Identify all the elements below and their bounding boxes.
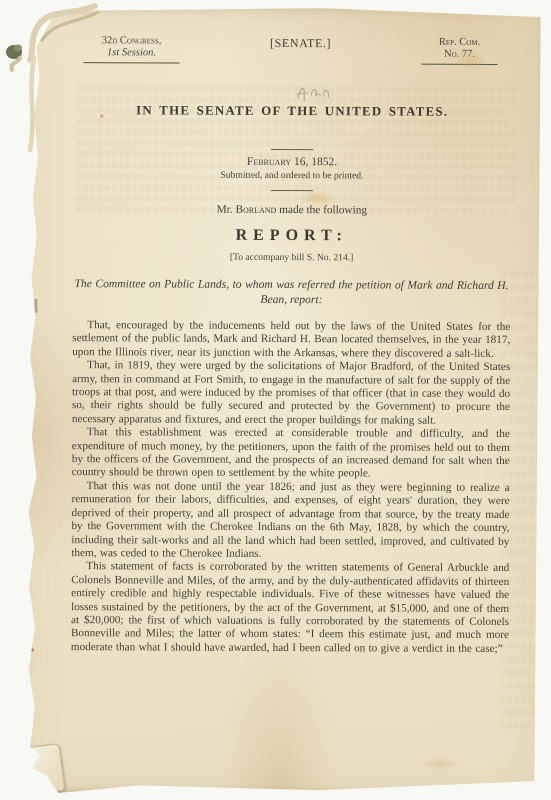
pencil-annotation <box>294 82 340 111</box>
report-paragraph: That this was not done until the year 18… <box>71 480 509 562</box>
masthead-left-underline <box>83 62 179 63</box>
printed-content: 32d Congress, 1st Session. [SENATE.] Rep… <box>71 35 512 656</box>
torn-corner-fold <box>25 743 65 795</box>
masthead-right: Rep. Com. No. 77. <box>421 37 497 65</box>
committee-referral-line: The Committee on Public Lands, to whom w… <box>72 277 510 308</box>
report-heading: REPORT: <box>73 226 511 246</box>
masthead-left: 32d Congress, 1st Session. <box>83 35 179 63</box>
congress-line: 32d Congress, <box>84 35 180 47</box>
document-page: 32d Congress, 1st Session. [SENATE.] Rep… <box>18 7 542 795</box>
bleedthrough-line <box>501 710 535 716</box>
bleedthrough-line <box>501 657 539 663</box>
report-committee-label: Rep. Com. <box>422 37 498 49</box>
bleedthrough-line <box>501 670 531 676</box>
bleedthrough-line <box>501 683 536 689</box>
maker-prefix: Mr. <box>217 204 236 216</box>
chamber-label: [SENATE.] <box>180 37 422 50</box>
divider-rule <box>271 149 313 150</box>
scan-background: 32d Congress, 1st Session. [SENATE.] Rep… <box>0 0 551 800</box>
edge-fleck <box>34 299 37 313</box>
session-line: 1st Session. <box>83 47 179 59</box>
report-body: That, encouraged by the inducements held… <box>71 319 510 656</box>
masthead: 32d Congress, 1st Session. [SENATE.] Rep… <box>73 35 511 65</box>
report-paragraph: That this establishment was erected at c… <box>72 426 510 482</box>
page-title: IN THE SENATE OF THE UNITED STATES. <box>73 103 511 120</box>
report-paragraph: This statement of facts is corroborated … <box>71 560 509 656</box>
divider-rule <box>271 190 313 191</box>
date-line: February 16, 1852. <box>73 155 511 169</box>
bleedthrough-line <box>501 697 534 703</box>
foxing-spot <box>29 647 35 653</box>
report-paragraph: That, encouraged by the inducements held… <box>72 319 510 361</box>
masthead-right-underline <box>421 64 497 65</box>
maker-suffix: made the following <box>276 204 367 216</box>
bleedthrough-line <box>501 723 531 729</box>
maker-line: Mr. Borland made the following <box>73 203 511 217</box>
accompany-bill-line: [To accompany bill S. No. 214.] <box>73 251 511 264</box>
maker-name: Borland <box>235 204 276 216</box>
report-paragraph: That, in 1819, they were urged by the so… <box>72 359 510 428</box>
report-number: No. 77. <box>421 49 497 61</box>
submitted-line: Submitted, and ordered to be printed. <box>73 169 511 182</box>
stain-smudge <box>420 757 460 771</box>
